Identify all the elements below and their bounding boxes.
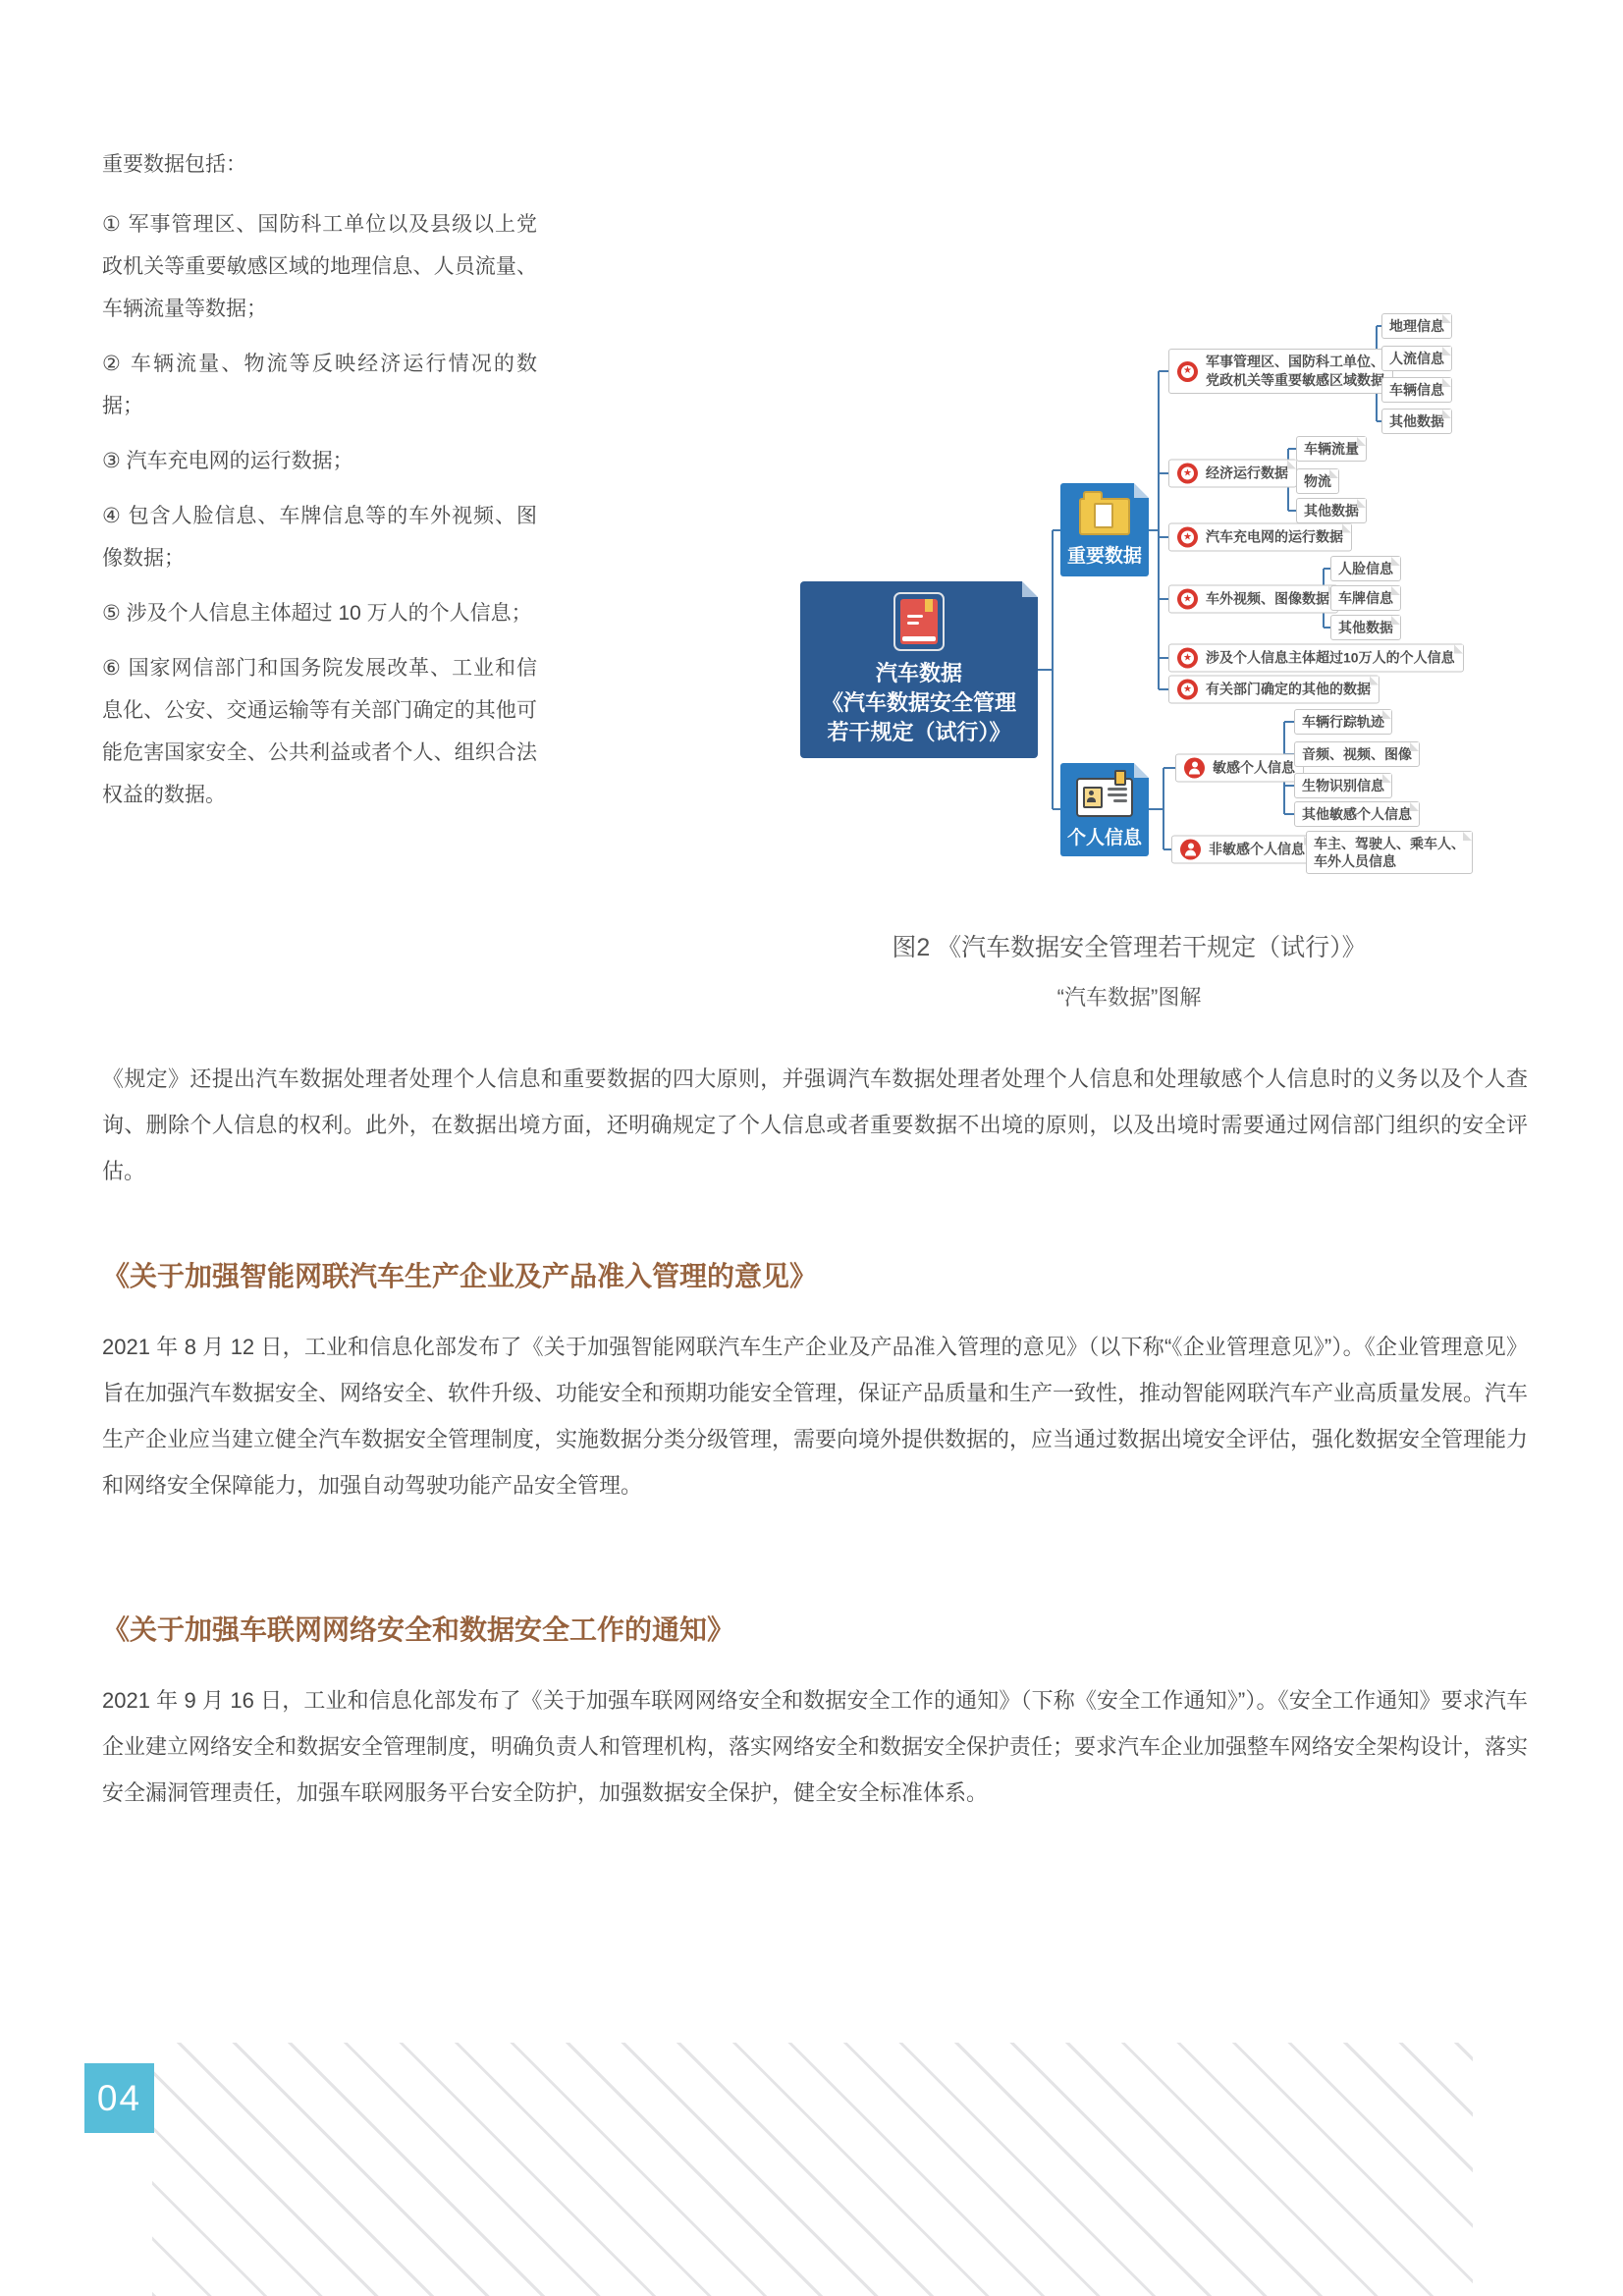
alert-star-icon: ★ bbox=[1177, 464, 1198, 484]
list-item-2: ② 车辆流量、物流等反映经济运行情况的数据； bbox=[102, 343, 537, 427]
caption-line-2: “汽车数据”图解 bbox=[766, 981, 1492, 1011]
list-item-1: ① 军事管理区、国防科工单位以及县级以上党政机关等重要敏感区域的地理信息、人员流… bbox=[102, 203, 537, 330]
list-item-4: ④ 包含人脸信息、车牌信息等的车外视频、图像数据； bbox=[102, 495, 537, 579]
heading-access-management-opinion: 《关于加强智能网联汽车生产企业及产品准入管理的意见》 bbox=[102, 1255, 817, 1294]
leaf-plate-info: 车牌信息 bbox=[1330, 585, 1401, 611]
branch-sensitive-area-data: ★ 军事管理区、国防科工单位、 党政机关等重要敏感区域数据 bbox=[1168, 349, 1393, 394]
figure-mindmap: 汽车数据 《汽车数据安全管理 若干规定（试行）》 重要数据 个人信息 ★ 军事管… bbox=[766, 275, 1492, 923]
figure-caption: 图2 《汽车数据安全管理若干规定（试行）》 “汽车数据”图解 bbox=[766, 928, 1492, 1011]
personal-info-label: 个人信息 bbox=[1067, 823, 1142, 849]
important-data-label: 重要数据 bbox=[1067, 541, 1142, 568]
paragraph-regulation-principles: 《规定》还提出汽车数据处理者处理个人信息和重要数据的四大原则，并强调汽车数据处理… bbox=[102, 1056, 1528, 1194]
list-item-5: ⑤ 涉及个人信息主体超过 10 万人的个人信息； bbox=[102, 592, 537, 634]
leaf-other-data-2: 其他数据 bbox=[1296, 498, 1367, 523]
leaf-logistics: 物流 bbox=[1296, 468, 1339, 494]
mindmap-node-personal-info: 个人信息 bbox=[1060, 763, 1149, 856]
alert-person-icon bbox=[1184, 758, 1205, 779]
leaf-track-trace: 车辆行踪轨迹 bbox=[1294, 709, 1392, 735]
caption-line-1: 图2 《汽车数据安全管理若干规定（试行）》 bbox=[766, 928, 1492, 963]
alert-person-icon bbox=[1180, 840, 1201, 860]
branch-sensitive-personal-info: 敏感个人信息 bbox=[1175, 754, 1304, 783]
page-number-badge: 04 bbox=[84, 2063, 154, 2133]
leaf-biometric-info: 生物识别信息 bbox=[1294, 773, 1392, 798]
branch-exterior-video-data: ★ 车外视频、图像数据 bbox=[1168, 585, 1338, 614]
important-data-list: 重要数据包括： ① 军事管理区、国防科工单位以及县级以上党政机关等重要敏感区域的… bbox=[102, 143, 537, 829]
leaf-audio-video-image: 音频、视频、图像 bbox=[1294, 741, 1420, 767]
leaf-geographic-info: 地理信息 bbox=[1381, 313, 1452, 339]
leaf-other-sensitive: 其他敏感个人信息 bbox=[1294, 801, 1420, 827]
id-card-icon bbox=[1076, 778, 1133, 817]
mindmap-node-important-data: 重要数据 bbox=[1060, 483, 1149, 576]
paragraph-iov-security-notice: 2021 年 9 月 16 日，工业和信息化部发布了《关于加强车联网网络安全和数… bbox=[102, 1677, 1528, 1816]
leaf-other-data-1: 其他数据 bbox=[1381, 409, 1452, 434]
leaf-people-flow-info: 人流信息 bbox=[1381, 346, 1452, 371]
alert-star-icon: ★ bbox=[1177, 680, 1198, 700]
book-icon bbox=[893, 592, 945, 651]
diagonal-hatch-decoration bbox=[152, 2043, 1473, 2296]
list-lead: 重要数据包括： bbox=[102, 143, 537, 186]
leaf-other-data-3: 其他数据 bbox=[1330, 615, 1401, 640]
paragraph-access-management-opinion: 2021 年 8 月 12 日，工业和信息化部发布了《关于加强智能网联汽车生产企… bbox=[102, 1324, 1528, 1508]
mindmap-root-node: 汽车数据 《汽车数据安全管理 若干规定（试行）》 bbox=[800, 581, 1038, 758]
leaf-owner-driver-passenger: 车主、驾驶人、乘车人、 车外人员信息 bbox=[1306, 831, 1473, 874]
root-node-label: 汽车数据 《汽车数据安全管理 若干规定（试行）》 bbox=[822, 659, 1016, 747]
branch-other-determined-data: ★ 有关部门确定的其他的数据 bbox=[1168, 676, 1380, 704]
document-page: 重要数据包括： ① 军事管理区、国防科工单位以及县级以上党政机关等重要敏感区域的… bbox=[0, 0, 1623, 2296]
alert-star-icon: ★ bbox=[1177, 361, 1198, 382]
alert-star-icon: ★ bbox=[1177, 589, 1198, 610]
alert-star-icon: ★ bbox=[1177, 648, 1198, 669]
list-item-3: ③ 汽车充电网的运行数据； bbox=[102, 440, 537, 482]
heading-iov-security-notice: 《关于加强车联网网络安全和数据安全工作的通知》 bbox=[102, 1609, 734, 1648]
leaf-vehicle-flow: 车辆流量 bbox=[1296, 436, 1367, 462]
branch-charging-network-data: ★ 汽车充电网的运行数据 bbox=[1168, 523, 1352, 552]
folder-icon bbox=[1079, 498, 1130, 535]
branch-nonsensitive-personal-info: 非敏感个人信息 bbox=[1171, 836, 1314, 864]
alert-star-icon: ★ bbox=[1177, 527, 1198, 548]
list-item-6: ⑥ 国家网信部门和国务院发展改革、工业和信息化、公安、交通运输等有关部门确定的其… bbox=[102, 647, 537, 816]
leaf-face-info: 人脸信息 bbox=[1330, 556, 1401, 581]
branch-economic-data: ★ 经济运行数据 bbox=[1168, 460, 1297, 488]
leaf-vehicle-info: 车辆信息 bbox=[1381, 377, 1452, 403]
branch-100k-personal-info: ★ 涉及个人信息主体超过10万人的个人信息 bbox=[1168, 644, 1464, 673]
